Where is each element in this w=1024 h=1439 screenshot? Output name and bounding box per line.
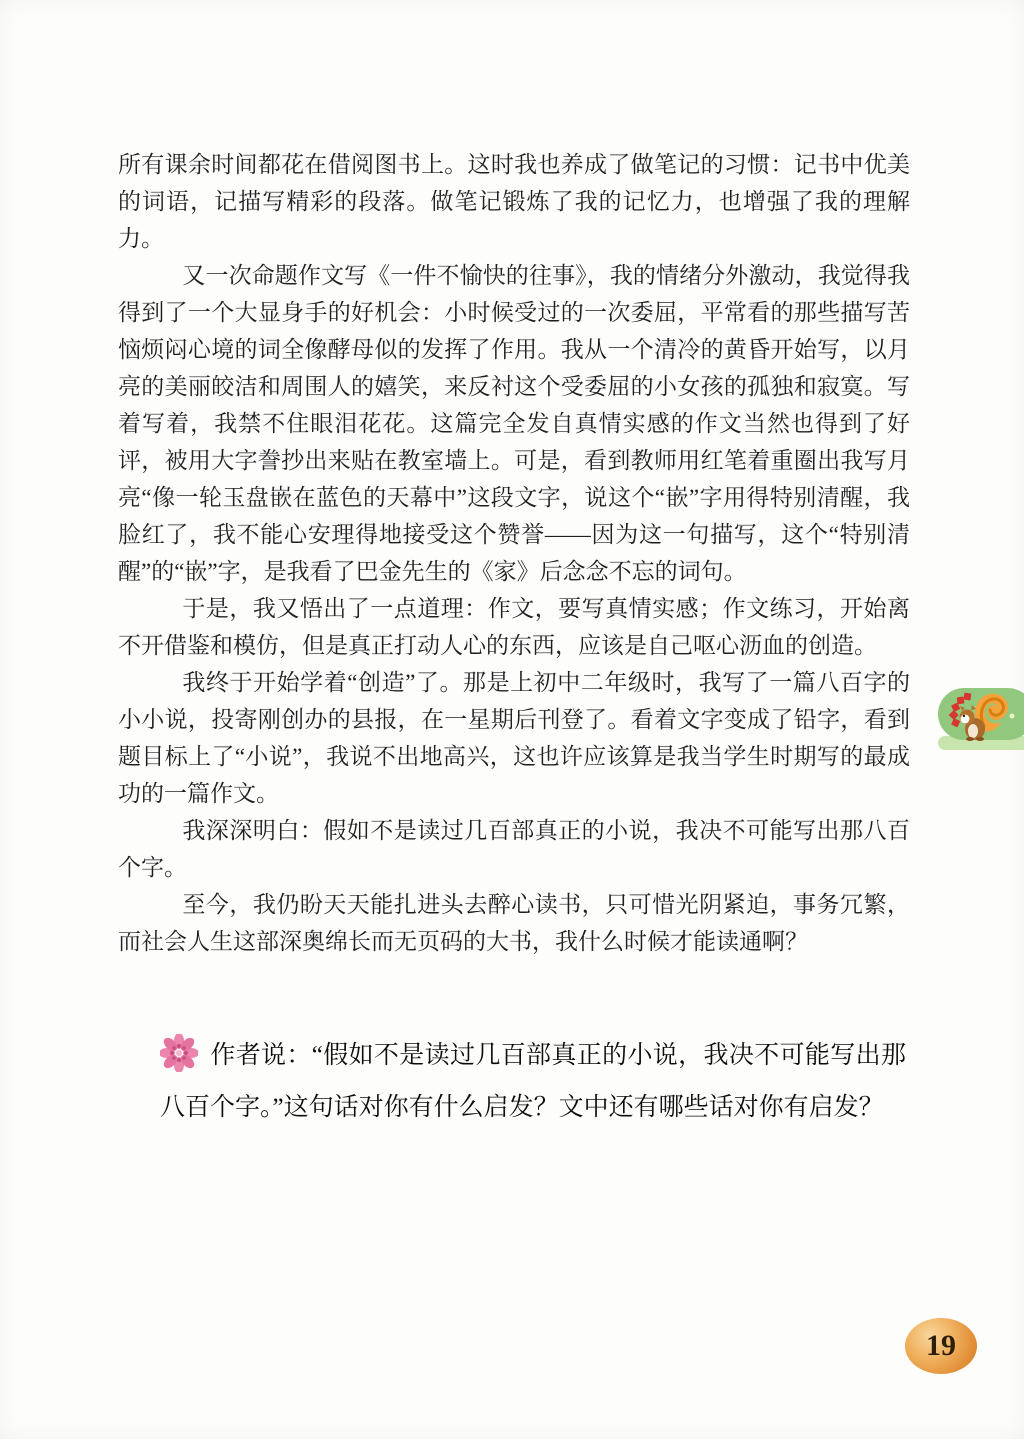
paragraph: 又一次命题作文写《一件不愉快的往事》，我的情绪分外激动，我觉得我得到了一个大显身… <box>118 257 910 590</box>
flower-icon <box>160 1034 198 1072</box>
paragraph: 我终于开始学着“创造”了。那是上初中二年级时，我写了一篇八百字的小小说，投寄刚创… <box>118 664 910 812</box>
lesson-body: 所有课余时间都花在借阅图书上。这时我也养成了做笔记的习惯：记书中优美的词语，记描… <box>118 146 910 960</box>
paragraph: 我深深明白：假如不是读过几百部真正的小说，我决不可能写出那八百个字。 <box>118 812 910 886</box>
page-number: 19 <box>926 1329 956 1363</box>
paragraph: 所有课余时间都花在借阅图书上。这时我也养成了做笔记的习惯：记书中优美的词语，记描… <box>118 146 910 257</box>
page-number-badge: 19 <box>905 1318 977 1374</box>
textbook-page: 所有课余时间都花在借阅图书上。这时我也养成了做笔记的习惯：记书中优美的词语，记描… <box>0 0 1024 1439</box>
question-text: 作者说：“假如不是读过几百部真正的小说，我决不可能写出那八百个字。”这句话对你有… <box>160 1042 906 1121</box>
paragraph: 至今，我仍盼天天能扎进头去醉心读书，只可惜光阴紧迫，事务冗繁，而社会人生这部深奥… <box>118 886 910 960</box>
question-block: 作者说：“假如不是读过几百部真正的小说，我决不可能写出那八百个字。”这句话对你有… <box>160 1030 906 1134</box>
squirrel-illustration <box>928 684 1024 762</box>
side-tab <box>928 684 1024 762</box>
paragraph: 于是，我又悟出了一点道理：作文，要写真情实感；作文练习，开始离不开借鉴和模仿，但… <box>118 590 910 664</box>
